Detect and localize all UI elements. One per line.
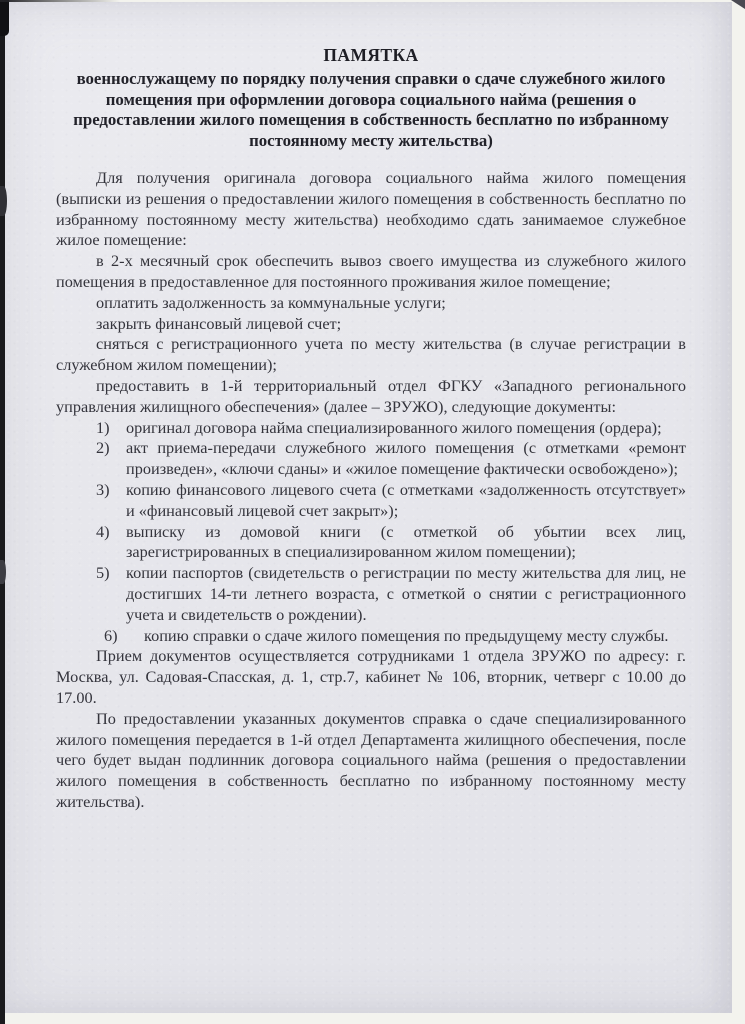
document-body: ПАМЯТКА военнослужащему по порядку получ… — [56, 44, 686, 813]
scan-corner-top-right — [731, 0, 745, 9]
list-item: 3) копию финансового лицевого счета (с о… — [96, 480, 686, 522]
paragraph-submit-documents: предоставить в 1-й территориальный отдел… — [56, 376, 686, 418]
list-item: 2) акт приема-передачи служебного жилого… — [96, 438, 686, 480]
scanned-document: ПАМЯТКА военнослужащему по порядку получ… — [0, 0, 745, 1024]
list-item-number: 6) — [104, 626, 134, 647]
paragraph-deregister: сняться с регистрационного учета по мест… — [56, 334, 686, 376]
scan-artifact — [0, 560, 6, 584]
scan-corner-top-left — [0, 0, 9, 36]
scan-artifact — [0, 186, 7, 216]
list-item-text: оригинал договора найма специализированн… — [126, 418, 686, 439]
list-item-number: 3) — [96, 480, 126, 522]
list-item: 5) копии паспортов (свидетельств о регис… — [96, 563, 686, 625]
paragraph-intro: Для получения оригинала договора социаль… — [56, 168, 686, 251]
document-title: ПАМЯТКА — [56, 44, 686, 66]
list-item: 4) выписку из домовой книги (с отметкой … — [96, 522, 686, 564]
list-item-number: 1) — [96, 418, 126, 439]
list-item-text: выписку из домовой книги (с отметкой об … — [126, 522, 686, 564]
list-item-number: 4) — [96, 522, 126, 564]
scan-edge-left — [0, 0, 5, 1024]
scan-edge-top — [0, 0, 120, 2]
paragraph-close-account: закрыть финансовый лицевой счет; — [56, 314, 686, 335]
paragraph-pay-utilities: оплатить задолженность за коммунальные у… — [56, 293, 686, 314]
paragraph-reception-address: Прием документов осуществляется сотрудни… — [56, 646, 686, 708]
list-item: 6) копию справки о сдаче жилого помещени… — [96, 626, 686, 647]
list-item-text: копии паспортов (свидетельств о регистра… — [126, 563, 686, 625]
document-subtitle: военнослужащему по порядку получения спр… — [56, 69, 686, 151]
paragraph-final: По предоставлении указанных документов с… — [56, 709, 686, 813]
list-item-text: акт приема-передачи служебного жилого по… — [126, 438, 686, 480]
list-item: 1) оригинал договора найма специализиров… — [96, 418, 686, 439]
list-item-text: копию финансового лицевого счета (с отме… — [126, 480, 686, 522]
list-item-number: 2) — [96, 438, 126, 480]
list-item-text: копию справки о сдаче жилого помещения п… — [134, 626, 686, 647]
paragraph-removal-deadline: в 2-х месячный срок обеспечить вывоз сво… — [56, 251, 686, 293]
documents-list: 1) оригинал договора найма специализиров… — [96, 418, 686, 647]
list-item-number: 5) — [96, 563, 126, 625]
